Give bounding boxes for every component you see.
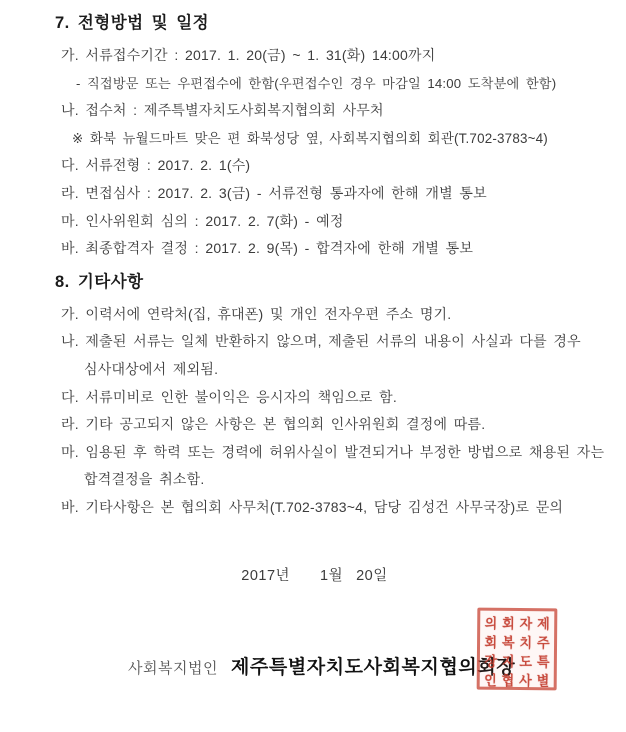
- doc-line: 가. 이력서에 연락처(집, 휴대폰) 및 개인 전자우편 주소 명기.: [61, 301, 598, 329]
- doc-line: 나. 제출된 서류는 일체 반환하지 않으며, 제출된 서류의 내용이 사실과 …: [61, 328, 598, 356]
- seal-character: 치: [517, 631, 535, 652]
- seal-character: 특: [534, 650, 552, 671]
- seal-character: 별: [534, 669, 552, 690]
- date-month: 1월: [320, 568, 343, 584]
- doc-line: 다. 서류미비로 인한 불이익은 응시자의 책임으로 함.: [61, 384, 598, 412]
- seal-character: 회: [500, 612, 518, 633]
- doc-line: 라. 기타 공고되지 않은 사항은 본 협의회 인사위원회 결정에 따름.: [61, 411, 598, 439]
- doc-line: 다. 서류전형 : 2017. 2. 1(수): [61, 152, 598, 180]
- section-other-matters: 8. 기타사항 가. 이력서에 연락처(집, 휴대폰) 및 개인 전자우편 주소…: [55, 271, 598, 522]
- seal-character: 인: [482, 669, 500, 690]
- doc-line: 마. 임용된 후 학력 또는 경력에 허위사실이 발견되거나 부정한 방법으로 …: [61, 439, 598, 467]
- seal-character: 지: [499, 650, 517, 671]
- doc-line: 마. 인사위원회 심의 : 2017. 2. 7(화) - 예정: [61, 208, 598, 236]
- doc-line: 라. 면접심사 : 2017. 2. 3(금) - 서류전형 통과자에 한해 개…: [61, 180, 598, 208]
- seal-character: 회: [482, 631, 500, 652]
- section-8-heading: 8. 기타사항: [55, 271, 598, 293]
- doc-line: - 직접방문 또는 우편접수에 한함(우편접수인 경우 마감일 14:00 도착…: [76, 70, 598, 98]
- date-day: 20일: [356, 568, 388, 584]
- seal-character: 도: [517, 650, 535, 671]
- signer-org-type: 사회복지법인: [128, 657, 218, 678]
- doc-line: 나. 접수처 : 제주특별자치도사회복지협의회 사무처: [61, 97, 598, 125]
- section-7-heading: 7. 전형방법 및 일정: [55, 12, 598, 34]
- doc-line: 바. 기타사항은 본 협의회 사무처(T.702-3783~4, 담당 김성건 …: [61, 494, 598, 522]
- signer-title: 제주특별자치도사회복지협의회장: [231, 652, 515, 679]
- seal-character: 사: [517, 669, 535, 690]
- official-seal-stamp: 의 회 자 제 회 복 치 주 장 지 도 특 인 협 사 별: [477, 608, 558, 691]
- document-page: 7. 전형방법 및 일정 가. 서류접수기간 : 2017. 1. 20(금) …: [0, 0, 626, 732]
- section-selection-method-schedule: 7. 전형방법 및 일정 가. 서류접수기간 : 2017. 1. 20(금) …: [55, 12, 598, 263]
- seal-character: 제: [535, 612, 553, 633]
- doc-line-continuation: 심사대상에서 제외됨.: [84, 356, 598, 384]
- doc-line-continuation: 합격결정을 취소함.: [84, 466, 598, 494]
- doc-line: 바. 최종합격자 결정 : 2017. 2. 9(목) - 합격자에 한해 개별…: [61, 235, 598, 263]
- doc-line: 가. 서류접수기간 : 2017. 1. 20(금) ~ 1. 31(화) 14…: [61, 42, 598, 70]
- doc-line: ※ 화북 뉴월드마트 맞은 편 화북성당 옆, 사회복지협의회 회관(T.702…: [72, 125, 598, 153]
- document-date: 2017년1월20일: [43, 566, 586, 586]
- date-year: 2017년: [241, 568, 290, 584]
- seal-character: 복: [499, 631, 517, 652]
- seal-character: 장: [482, 650, 500, 671]
- seal-character: 자: [517, 612, 535, 633]
- seal-character: 의: [482, 612, 500, 633]
- seal-character: 주: [534, 631, 552, 652]
- seal-character: 협: [499, 669, 517, 690]
